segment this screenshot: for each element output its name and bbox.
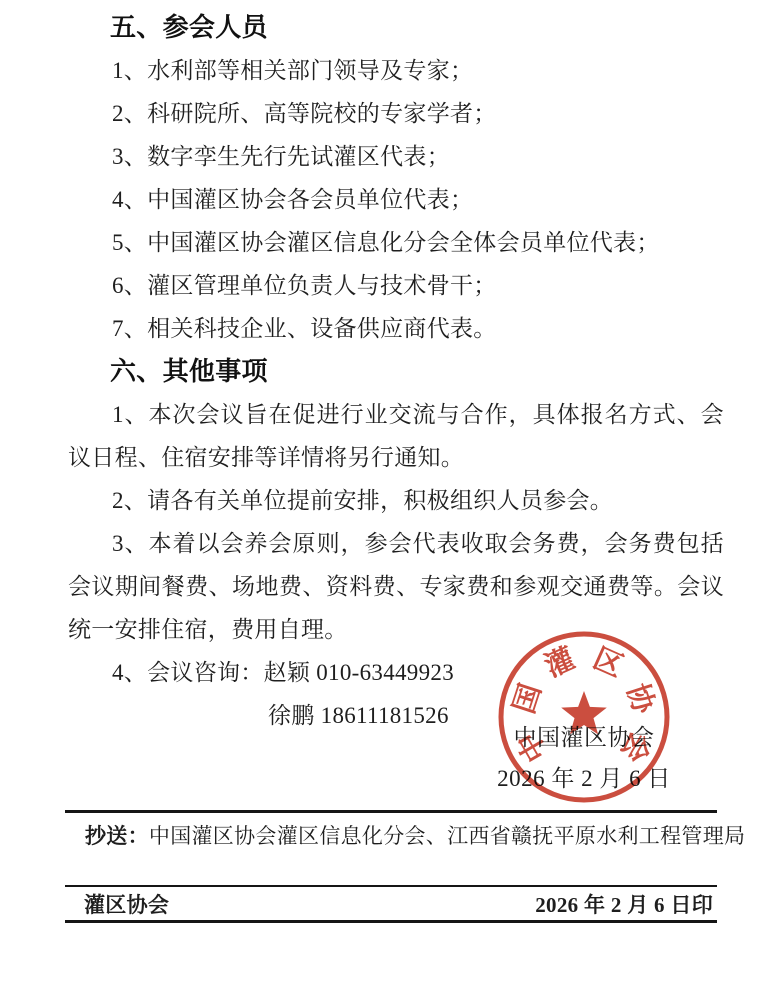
issuer-name: 灌区协会 bbox=[84, 893, 169, 919]
footer-rule-bottom bbox=[65, 920, 717, 923]
list-item: 5、中国灌区协会灌区信息化分会全体会员单位代表； bbox=[68, 221, 724, 264]
document-page: 五、参会人员 1、水利部等相关部门领导及专家； 2、科研院所、高等院校的专家学者… bbox=[0, 0, 777, 1001]
document-body: 五、参会人员 1、水利部等相关部门领导及专家； 2、科研院所、高等院校的专家学者… bbox=[68, 0, 724, 737]
list-item: 7、相关科技企业、设备供应商代表。 bbox=[68, 307, 724, 350]
paragraph: 1、本次会议旨在促进行业交流与合作，具体报名方式、会议日程、住宿安排等详情将另行… bbox=[68, 393, 724, 479]
section-heading-5: 五、参会人员 bbox=[68, 6, 724, 49]
issuer-row: 灌区协会 2026 年 2 月 6 日印 bbox=[65, 892, 717, 919]
signature-org: 中国灌区协会 bbox=[435, 724, 733, 752]
paragraph: 3、本着以会养会原则，参会代表收取会务费，会务费包括会议期间餐费、场地费、资料费… bbox=[68, 522, 724, 651]
list-item: 6、灌区管理单位负责人与技术骨干； bbox=[68, 264, 724, 307]
cc-line: 抄送：中国灌区协会灌区信息化分会、江西省赣抚平原水利工程管理局 bbox=[85, 820, 777, 853]
paragraph: 2、请各有关单位提前安排，积极组织人员参会。 bbox=[68, 479, 724, 522]
footer-rule-middle bbox=[65, 885, 717, 887]
cc-label: 抄送： bbox=[85, 825, 149, 848]
list-item: 3、数字孪生先行先试灌区代表； bbox=[68, 135, 724, 178]
signature-block: 中国灌区协会 2026 年 2 月 6 日 bbox=[435, 724, 733, 793]
section-heading-6: 六、其他事项 bbox=[68, 350, 724, 393]
list-item: 2、科研院所、高等院校的专家学者； bbox=[68, 92, 724, 135]
print-date: 2026 年 2 月 6 日印 bbox=[535, 892, 713, 918]
list-item: 4、中国灌区协会各会员单位代表； bbox=[68, 178, 724, 221]
list-item: 1、水利部等相关部门领导及专家； bbox=[68, 49, 724, 92]
cc-content: 中国灌区协会灌区信息化分会、江西省赣抚平原水利工程管理局 bbox=[149, 824, 745, 848]
signature-date: 2026 年 2 月 6 日 bbox=[435, 765, 733, 793]
footer-rule-top bbox=[65, 810, 717, 813]
contact-line-1: 4、会议咨询：赵颖 010-63449923 bbox=[68, 651, 724, 694]
